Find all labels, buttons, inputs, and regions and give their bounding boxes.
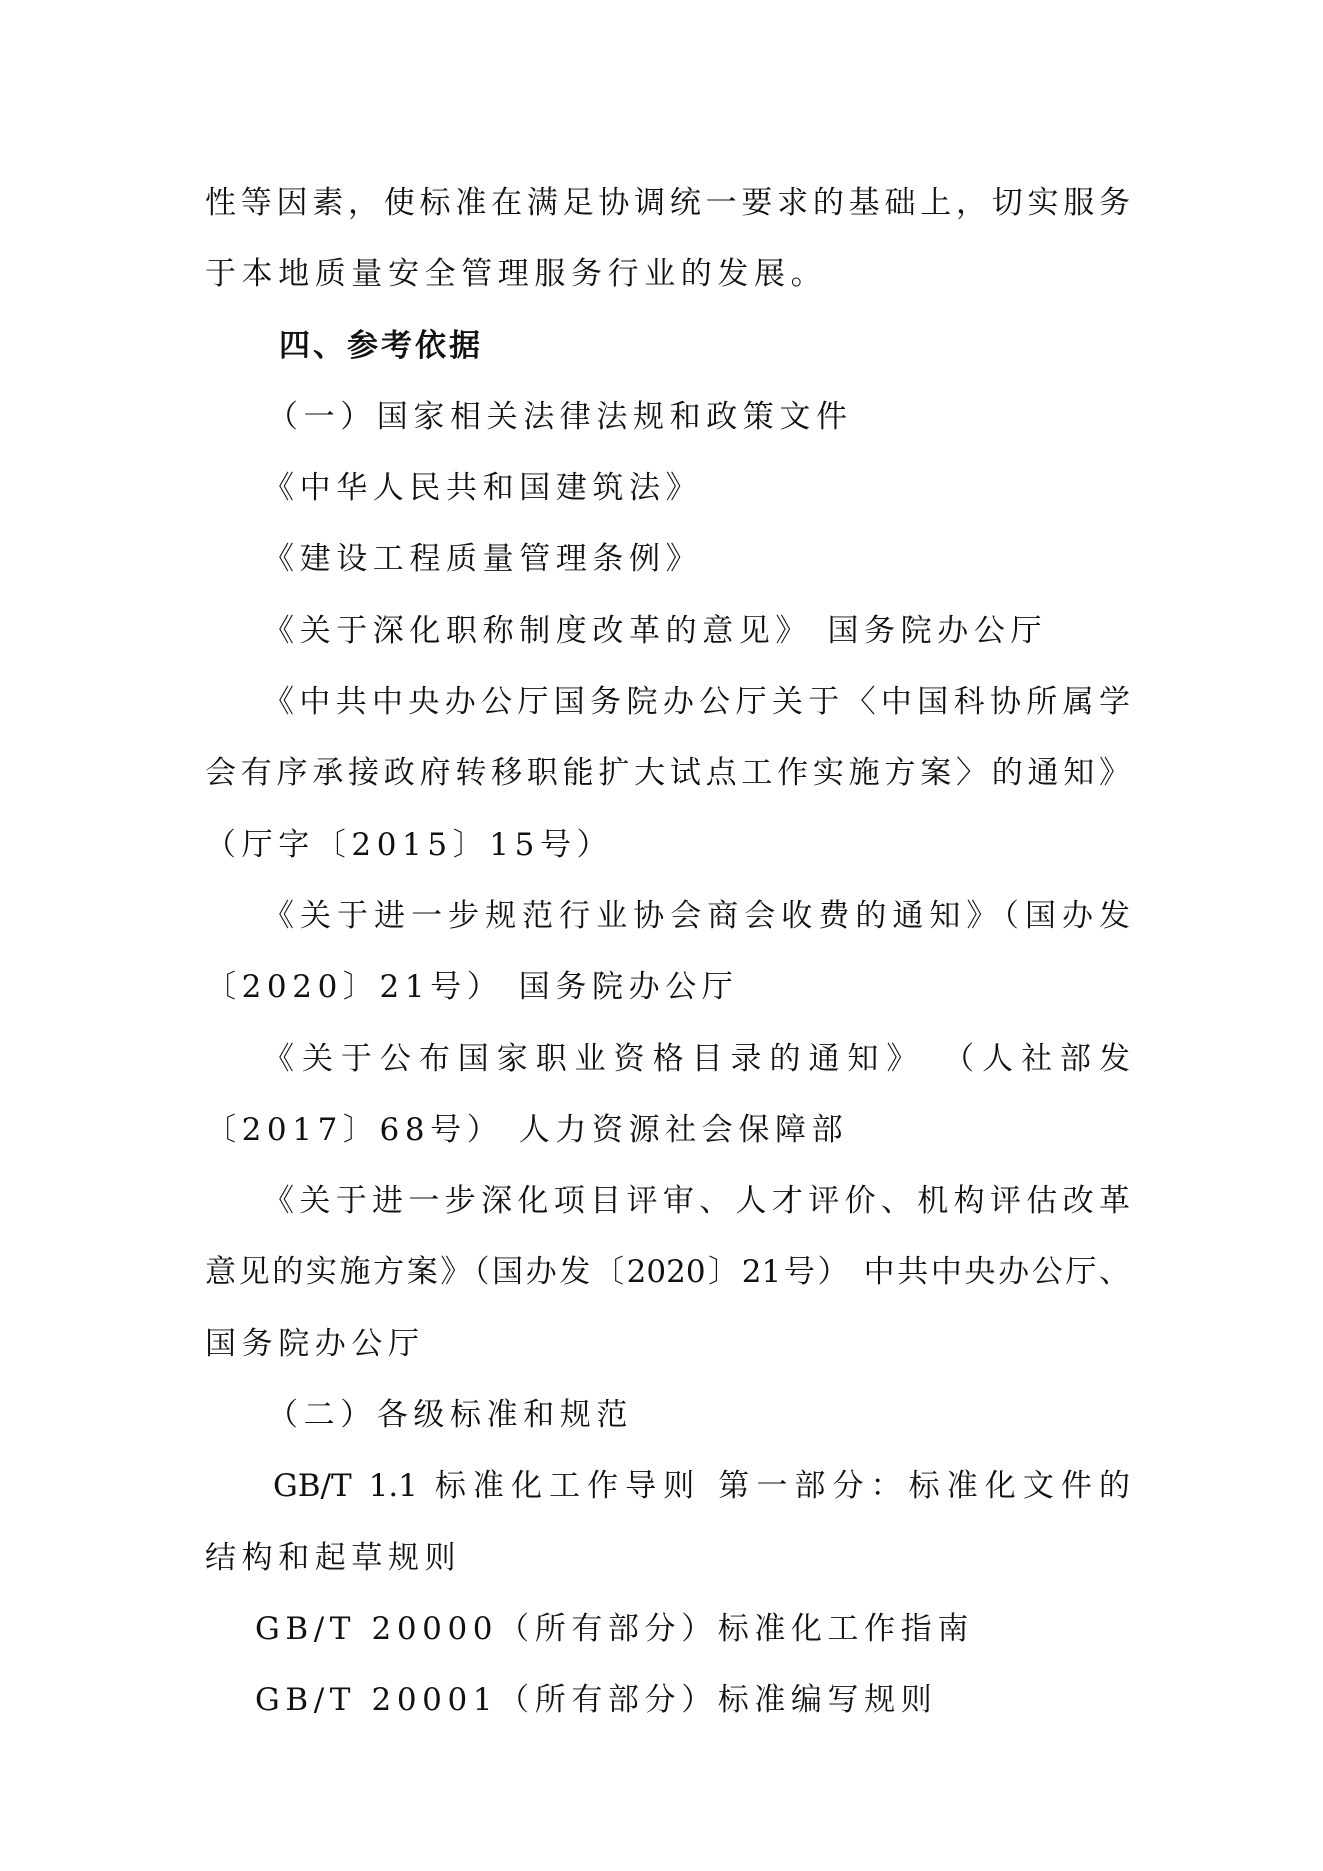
reference-item-5-line-1: 《关于进一步规范行业协会商会收费的通知》（国办发 — [205, 881, 1130, 952]
standard-item-3: GB/T 20001（所有部分）标准编写规则 — [205, 1665, 1130, 1736]
reference-item-4-line-2: 会有序承接政府转移职能扩大试点工作实施方案〉的通知》 — [205, 738, 1130, 809]
standard-item-1-line-2: 结构和起草规则 — [205, 1523, 1130, 1594]
standard-item-1-line-1: GB/T 1.1 标准化工作导则 第一部分：标准化文件的 — [205, 1451, 1130, 1522]
reference-item-6-line-2: 〔2017〕68号） 人力资源社会保障部 — [205, 1095, 1130, 1166]
reference-item-6-line-1: 《关于公布国家职业资格目录的通知》 （人社部发 — [205, 1024, 1130, 1095]
reference-item-2: 《建设工程质量管理条例》 — [205, 524, 1130, 595]
reference-item-7-line-2: 意见的实施方案》（国办发〔2020〕21号） 中共中央办公厅、 — [205, 1237, 1130, 1308]
standard-item-2: GB/T 20000（所有部分）标准化工作指南 — [205, 1594, 1130, 1665]
reference-item-1: 《中华人民共和国建筑法》 — [205, 453, 1130, 524]
reference-item-5-line-2: 〔2020〕21号） 国务院办公厅 — [205, 952, 1130, 1023]
reference-item-7-line-3: 国务院办公厅 — [205, 1309, 1130, 1380]
subsection-heading-1: （一）国家相关法律法规和政策文件 — [205, 382, 1130, 453]
reference-item-4-line-3: （厅字〔2015〕15号） — [205, 810, 1130, 881]
subsection-heading-2: （二）各级标准和规范 — [205, 1380, 1130, 1451]
intro-paragraph-line-2: 于本地质量安全管理服务行业的发展。 — [205, 239, 1130, 310]
reference-item-3: 《关于深化职称制度改革的意见》 国务院办公厅 — [205, 596, 1130, 667]
document-page: 性等因素，使标准在满足协调统一要求的基础上，切实服务 于本地质量安全管理服务行业… — [205, 168, 1130, 1737]
section-heading: 四、参考依据 — [205, 311, 1130, 382]
intro-paragraph-line-1: 性等因素，使标准在满足协调统一要求的基础上，切实服务 — [205, 168, 1130, 239]
reference-item-7-line-1: 《关于进一步深化项目评审、人才评价、机构评估改革 — [205, 1166, 1130, 1237]
reference-item-4-line-1: 《中共中央办公厅国务院办公厅关于〈中国科协所属学 — [205, 667, 1130, 738]
